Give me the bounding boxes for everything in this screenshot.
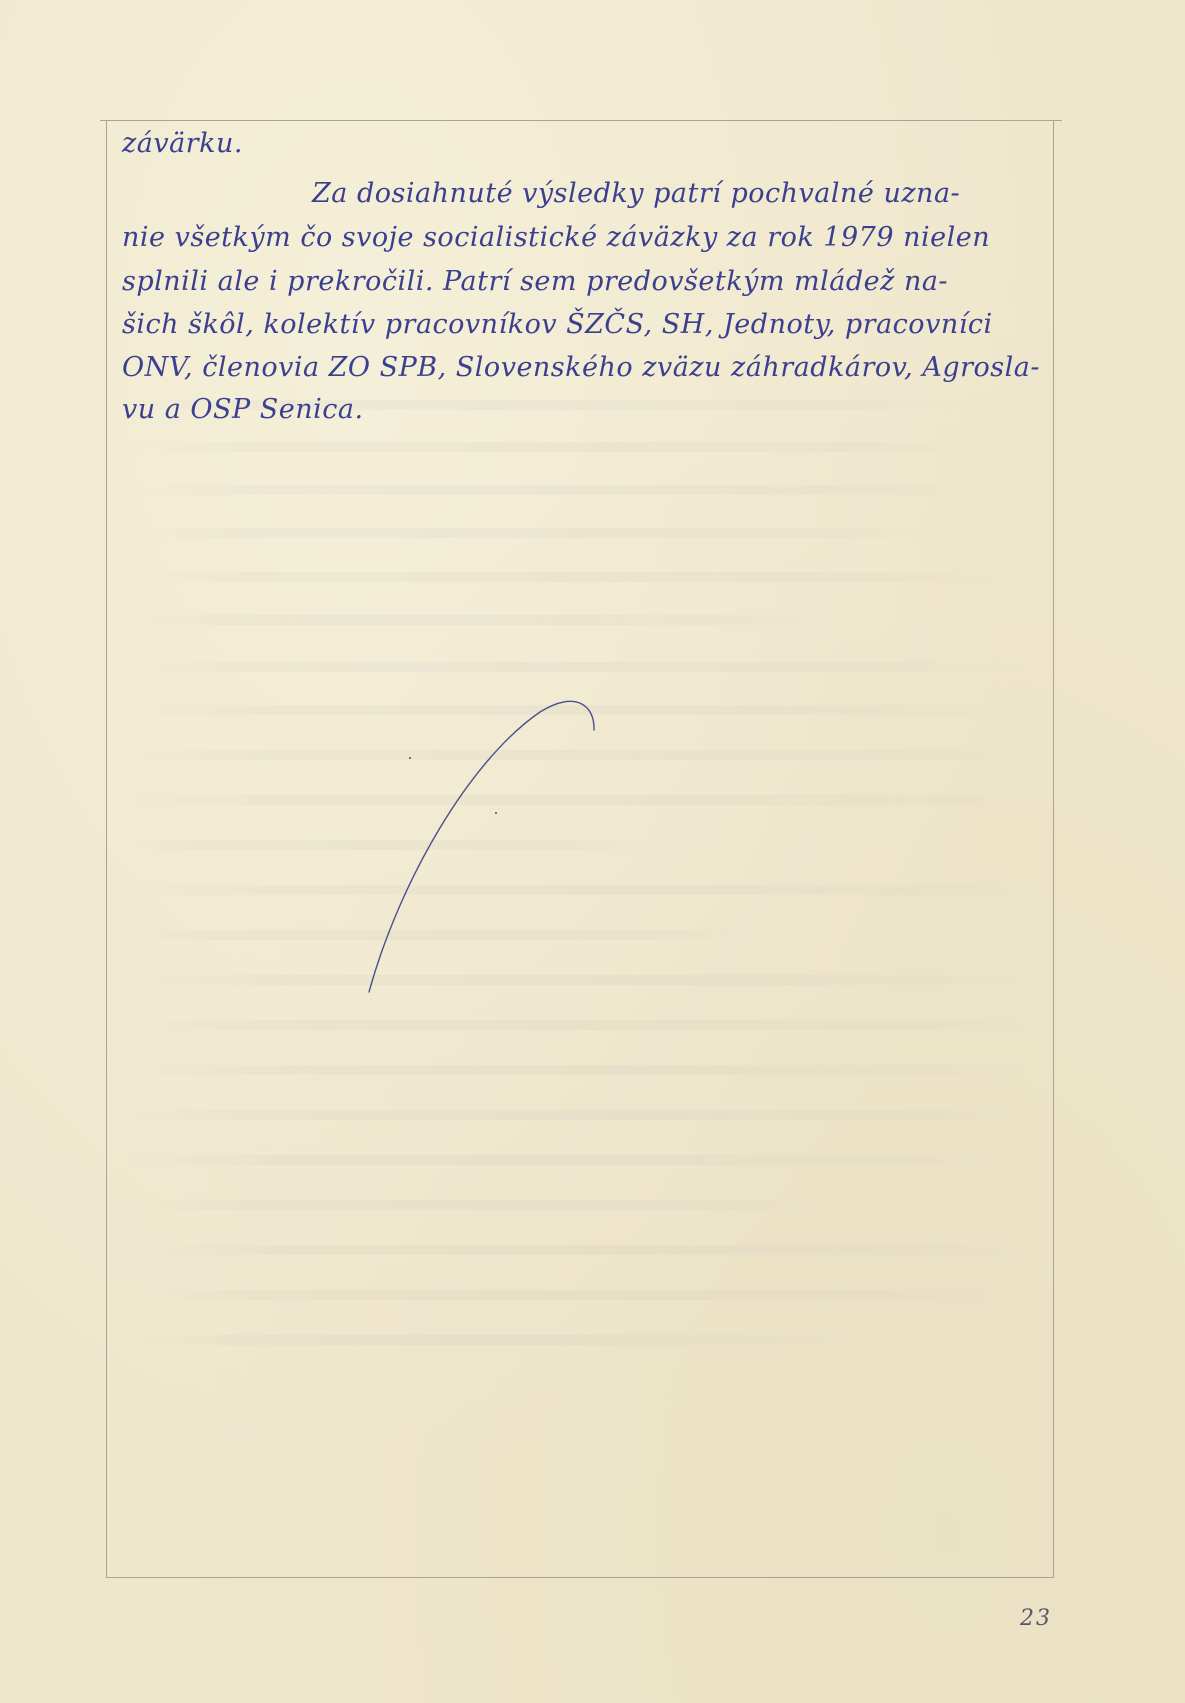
page-number: 23: [1020, 1606, 1052, 1631]
ink-speck: [495, 812, 497, 814]
document-page: závärku. Za dosiahnuté výsledky patrí po…: [0, 0, 1185, 1703]
cancellation-stroke: [0, 0, 1185, 1703]
ink-speck: [409, 757, 411, 759]
